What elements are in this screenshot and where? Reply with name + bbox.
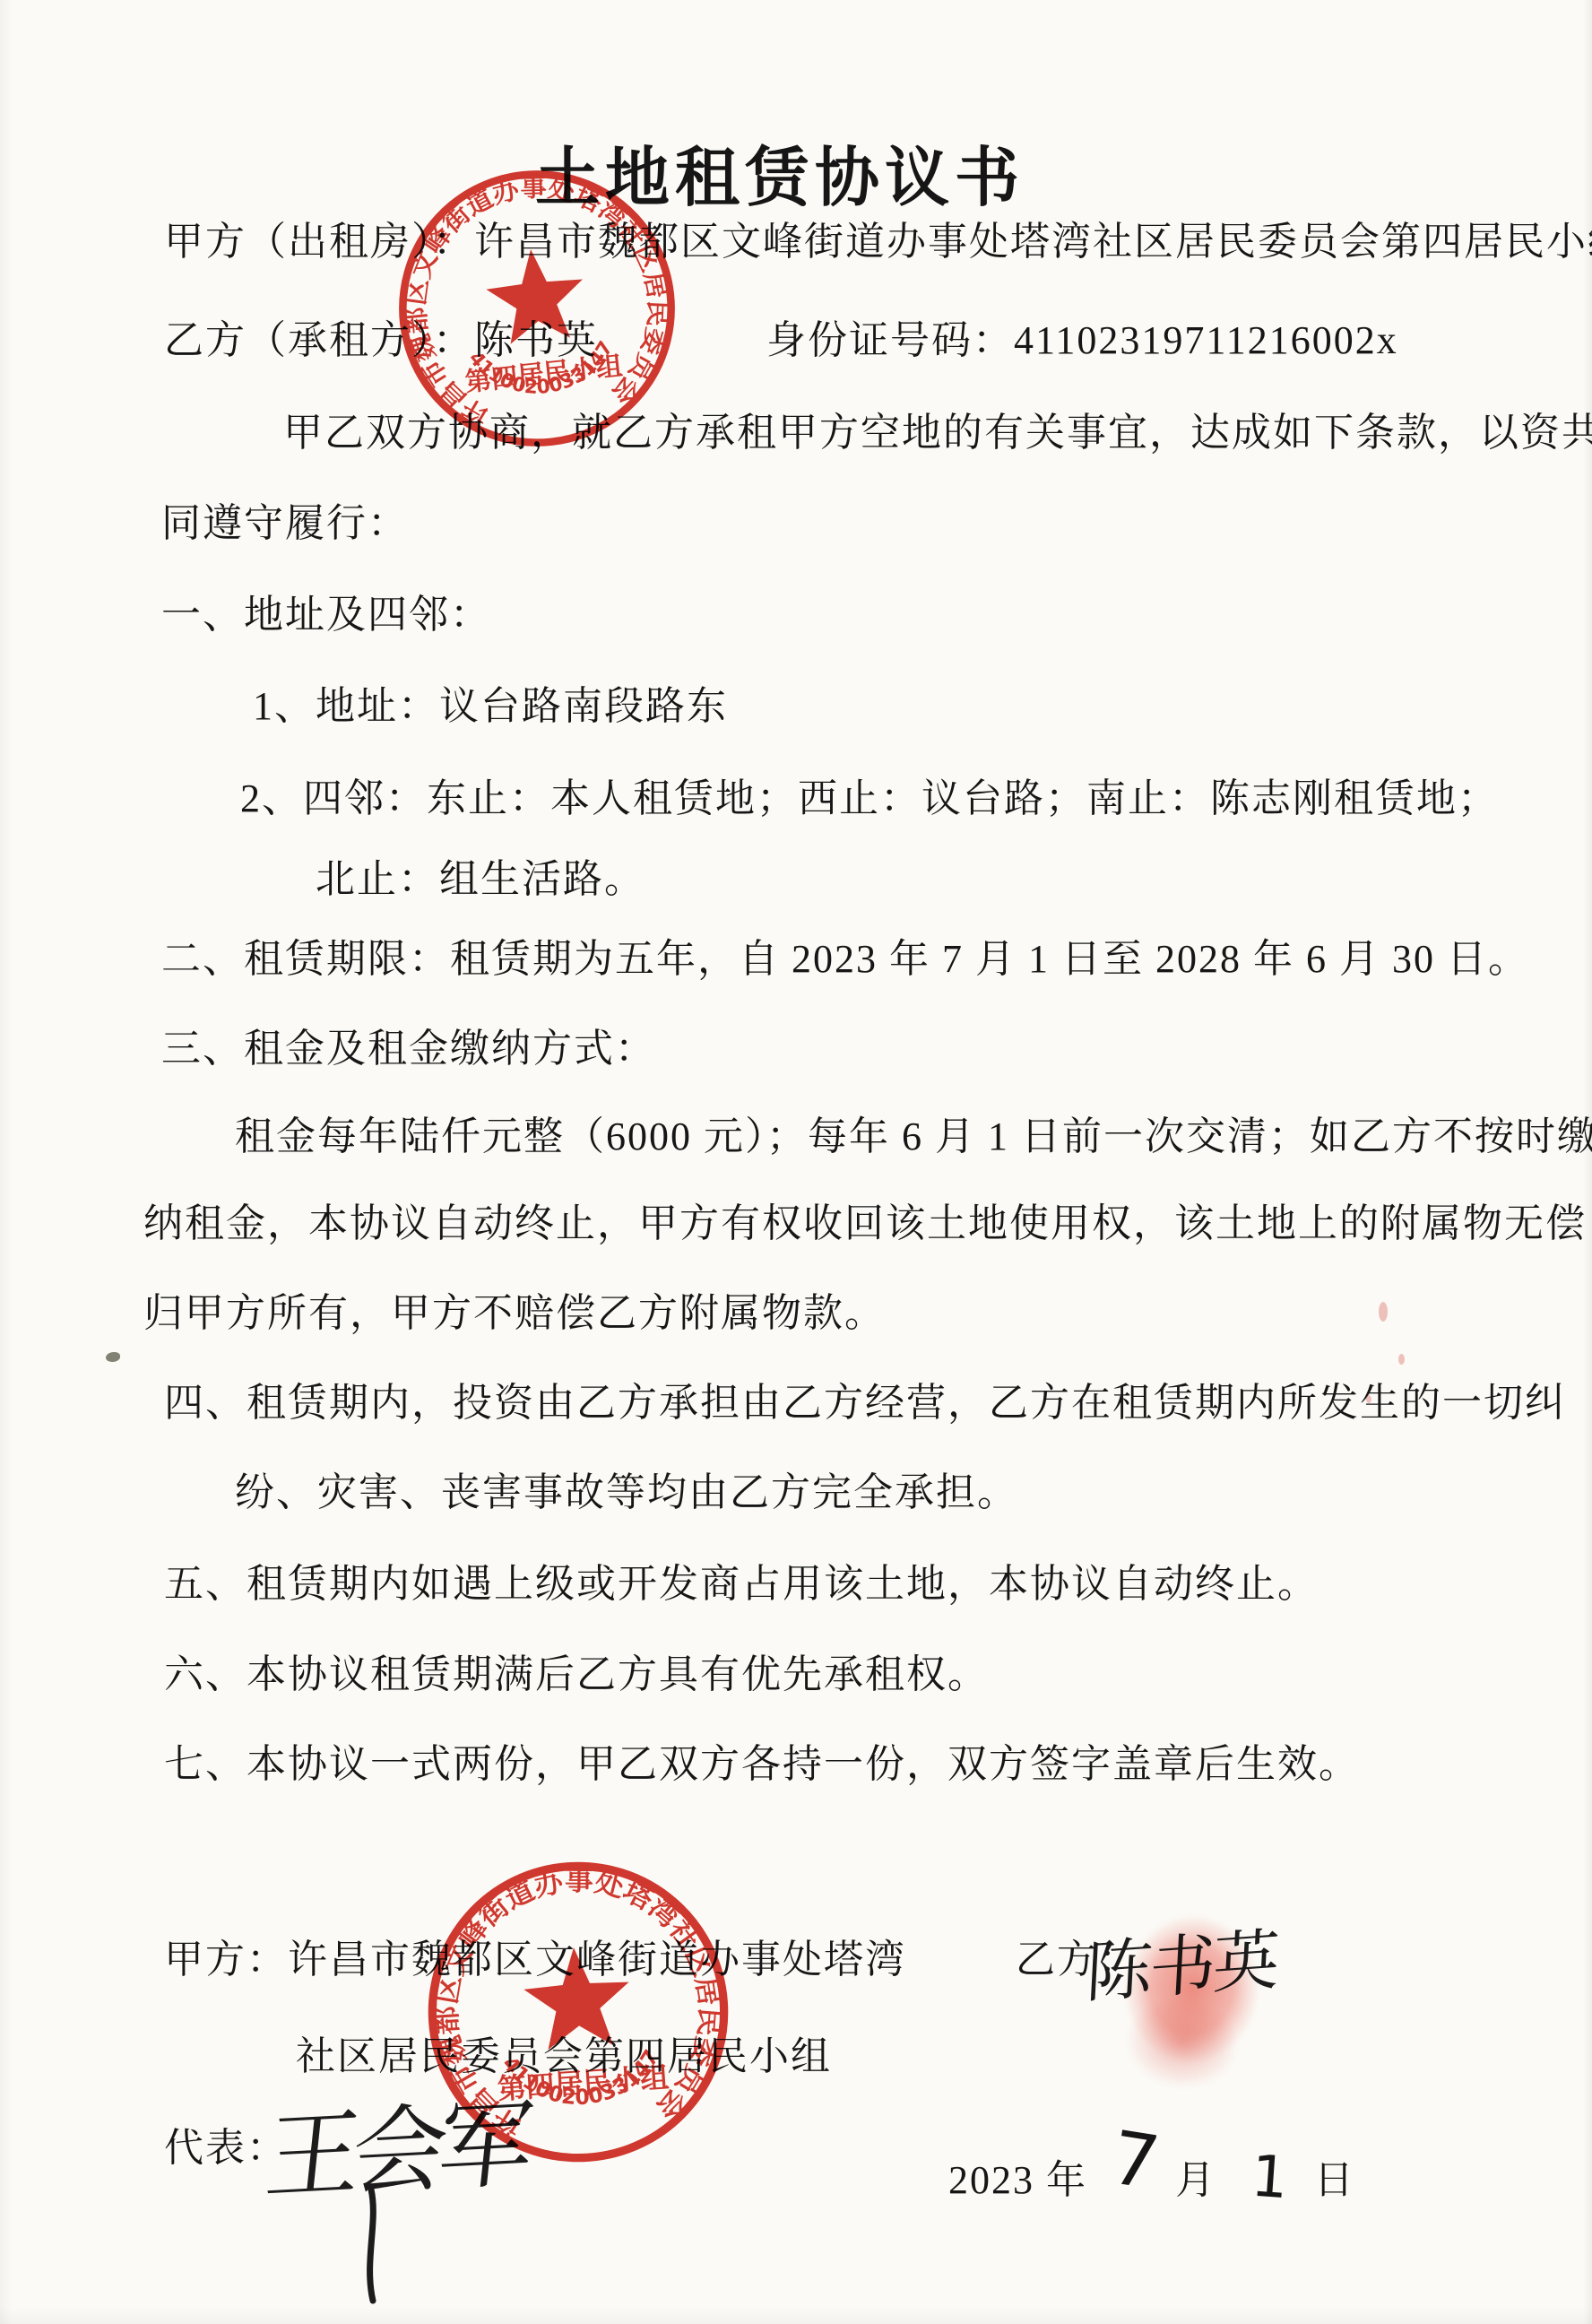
date-month-digit-handwritten: 7 (1104, 2112, 1167, 2211)
scan-speck (1366, 1395, 1371, 1403)
clause-line: 二、租赁期限：租赁期为五年，自 2023 年 7 月 1 日至 2028 年 6… (161, 934, 1529, 984)
official-seal-top: 许昌市魏都区文峰街道办事处塔湾社区居民委员会 第四居民小组 4110020033… (377, 140, 696, 477)
clause-line: 七、本协议一式两份，甲乙双方各持一份，双方签字盖章后生效。 (164, 1739, 1360, 1789)
clause-line: 北止：组生活路。 (316, 854, 645, 904)
clause-line: 五、租赁期内如遇上级或开发商占用该土地，本协议自动终止。 (164, 1559, 1319, 1609)
footer-party-a-label: 甲方： (164, 1938, 288, 1981)
date-day-digit-handwritten: 1 (1249, 2141, 1292, 2216)
clause-line: 1、地址：议台路南段路东 (253, 681, 728, 731)
scanned-contract-page: 土地租赁协议书 甲方（出租房）：许昌市魏都区文峰街道办事处塔湾社区居民委员会第四… (0, 0, 1592, 2324)
clause-line: 纷、灾害、丧害事故等均由乙方完全承担。 (235, 1468, 1018, 1517)
clause-line: 三、租金及租金缴纳方式： (161, 1024, 656, 1073)
clause-line: 一、地址及四邻： (161, 590, 491, 639)
preamble-line-2: 同遵守履行： (161, 499, 409, 548)
seal-star-icon (482, 244, 588, 345)
date-year: 2023 年 (948, 2158, 1087, 2202)
clause-line: 六、本协议租赁期满后乙方具有优先承租权。 (164, 1650, 989, 1699)
clause-line: 归甲方所有，甲方不赔偿乙方附属物款。 (143, 1288, 886, 1338)
date-line: 2023 年 7 月 1 日 (948, 2123, 1355, 2216)
signature-flourish-stroke (351, 2186, 405, 2307)
party-a-line: 甲方（出租房）：许昌市魏都区文峰街道办事处塔湾社区居民委员会第四居民小组 (164, 217, 1592, 266)
id-number-line: 身份证号码：41102319711216002x (766, 316, 1398, 365)
scan-speck (1398, 1354, 1405, 1365)
scan-speck (1379, 1302, 1388, 1322)
date-month-label: 月 (1175, 2158, 1216, 2202)
scan-speck (106, 1352, 120, 1362)
clause-line: 2、四邻：东止：本人租赁地；西止：议台路；南止：陈志刚租赁地； (240, 774, 1499, 823)
date-day-label: 日 (1314, 2158, 1355, 2202)
clause-line: 纳租金，本协议自动终止，甲方有权收回该土地使用权，该土地上的附属物无偿 (143, 1199, 1587, 1248)
clause-line: 四、租赁期内，投资由乙方承担由乙方经营，乙方在租赁期内所发生的一切纠 (164, 1378, 1566, 1427)
document-title: 土地租赁协议书 (0, 126, 1560, 219)
clause-line: 租金每年陆仟元整（6000 元）；每年 6 月 1 日前一次交清；如乙方不按时缴 (235, 1112, 1592, 1161)
seal-star-icon (521, 1944, 633, 2051)
official-seal-bottom: 许昌市魏都区文峰街道办事处塔湾社区居民委员会 第四居民小组 4110020033… (411, 1843, 746, 2181)
